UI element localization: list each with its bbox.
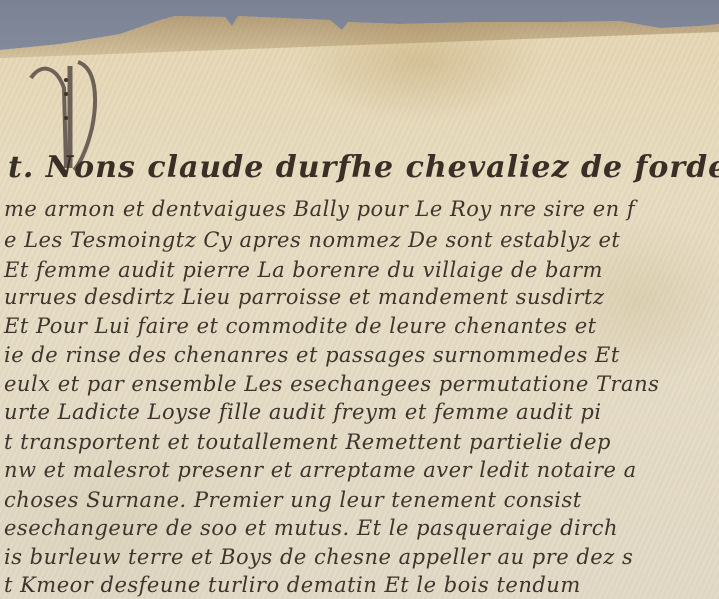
manuscript-line-14: is burleuw terre et Boys de chesne appel… bbox=[4, 545, 633, 569]
manuscript-line-10: t transportent et toutallement Remettent… bbox=[4, 430, 611, 454]
manuscript-line-6: Et Pour Lui faire et commodite de leure … bbox=[4, 314, 597, 338]
manuscript-line-11: nw et malesrot presenr et arreptame aver… bbox=[4, 458, 637, 482]
manuscript-line-7: ie de rinse des chenanres et passages su… bbox=[4, 343, 620, 367]
manuscript-line-2: me armon et dentvaigues Bally pour Le Ro… bbox=[4, 197, 635, 221]
manuscript-line-13: esechangeure de soo et mutus. Et le pasq… bbox=[4, 516, 618, 540]
manuscript-line-3: e Les Tesmoingtz Cy apres nommez De sont… bbox=[4, 228, 620, 252]
manuscript-line-5: urrues desdirtz Lieu parroisse et mandem… bbox=[4, 285, 605, 309]
manuscript-line-9: urte Ladicte Loyse fille audit freym et … bbox=[4, 400, 602, 424]
manuscript-line-1: t. Nons claude durfhe chevaliez de forde bbox=[8, 150, 719, 185]
manuscript-line-12: choses Surnane. Premier ung leur tenemen… bbox=[4, 488, 582, 512]
manuscript-line-8: eulx et par ensemble Les esechangees per… bbox=[4, 372, 659, 396]
manuscript-line-4: Et femme audit pierre La borenre du vill… bbox=[4, 258, 603, 282]
manuscript-line-15: t Kmeor desfeune turliro dematin Et le b… bbox=[4, 573, 581, 597]
